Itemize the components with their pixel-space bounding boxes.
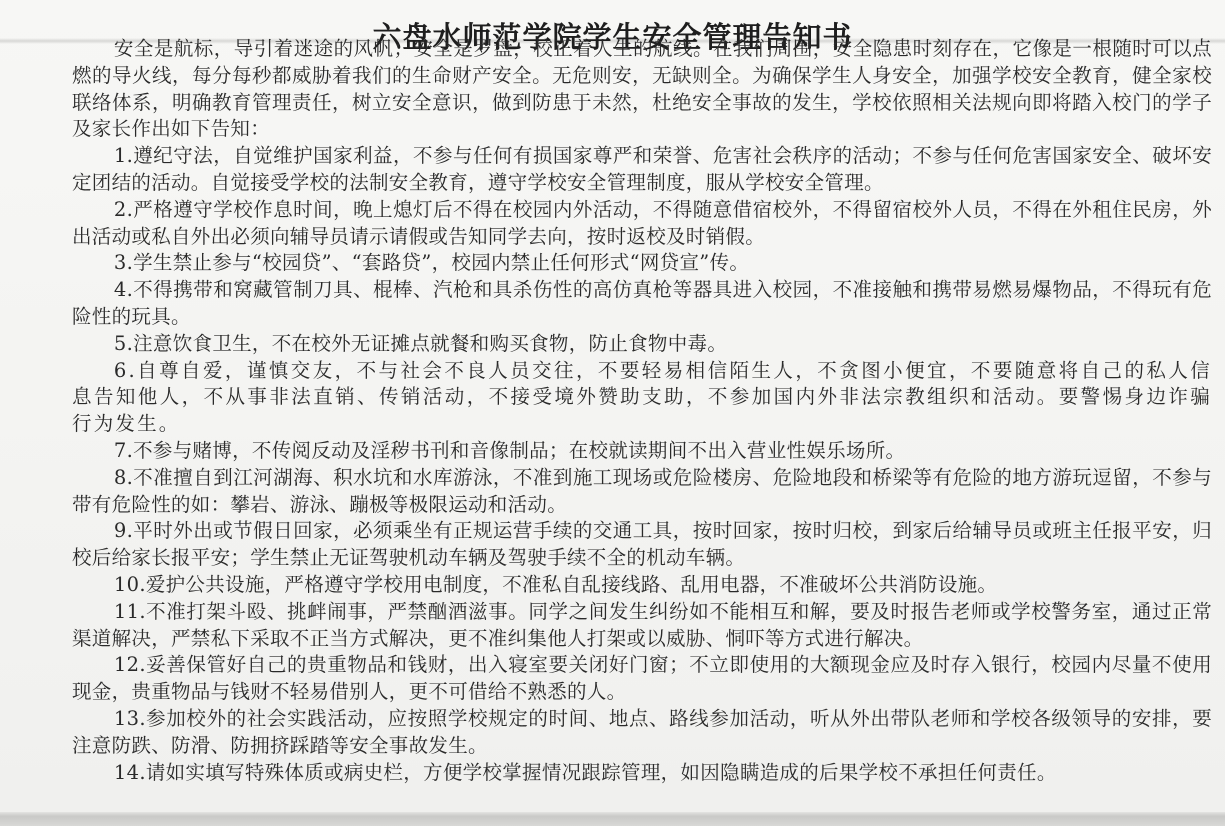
notice-item-14: 14.请如实填写特殊体质或病史栏，方便学校掌握情况跟踪管理，如因隐瞒造成的后果学…: [72, 760, 1212, 787]
notice-item-5: 5.注意饮食卫生，不在校外无证摊点就餐和购买食物，防止食物中毒。: [72, 331, 1212, 358]
notice-item-12: 12.妥善保管好自己的贵重物品和钱财，出入寝室要关闭好门窗；不立即使用的大额现金…: [72, 652, 1212, 706]
notice-item-11: 11.不准打架斗殴、挑衅闹事，严禁酗酒滋事。同学之间发生纠纷如不能相互和解，要及…: [72, 599, 1212, 653]
notice-item-1: 1.遵纪守法，自觉维护国家利益，不参与任何有损国家尊严和荣誉、危害社会秩序的活动…: [72, 143, 1212, 197]
document-body: 安全是航标，导引着迷途的风帆；安全是罗盘，校正着人生的航线。在我们周围，安全隐患…: [72, 36, 1212, 786]
notice-item-8: 8.不准擅自到江河湖海、积水坑和水库游泳，不准到施工现场或危险楼房、危险地段和桥…: [72, 465, 1212, 519]
notice-item-4: 4.不得携带和窝藏管制刀具、棍棒、汽枪和具杀伤性的高仿真枪等器具进入校园，不准接…: [72, 277, 1212, 331]
notice-item-9: 9.平时外出或节假日回家，必须乘坐有正规运营手续的交通工具，按时回家，按时归校，…: [72, 518, 1212, 572]
scan-edge-shadow: [0, 812, 1225, 826]
notice-item-3: 3.学生禁止参与“校园贷”、“套路贷”，校园内禁止任何形式“网贷宣”传。: [72, 250, 1212, 277]
notice-item-7: 7.不参与赌博，不传阅反动及淫秽书刊和音像制品；在校就读期间不出入营业性娱乐场所…: [72, 438, 1212, 465]
notice-item-13: 13.参加校外的社会实践活动，应按照学校规定的时间、地点、路线参加活动，听从外出…: [72, 706, 1212, 760]
notice-item-6: 6.自尊自爱，谨慎交友，不与社会不良人员交往，不要轻易相信陌生人，不贪图小便宜，…: [72, 358, 1212, 438]
notice-item-2: 2.严格遵守学校作息时间，晚上熄灯后不得在校园内外活动，不得随意借宿校外，不得留…: [72, 197, 1212, 251]
intro-paragraph: 安全是航标，导引着迷途的风帆；安全是罗盘，校正着人生的航线。在我们周围，安全隐患…: [72, 36, 1212, 143]
notice-item-10: 10.爱护公共设施，严格遵守学校用电制度，不准私自乱接线路、乱用电器，不准破坏公…: [72, 572, 1212, 599]
scanned-page: 六盘水师范学院学生安全管理告知书 安全是航标，导引着迷途的风帆；安全是罗盘，校正…: [0, 0, 1225, 826]
